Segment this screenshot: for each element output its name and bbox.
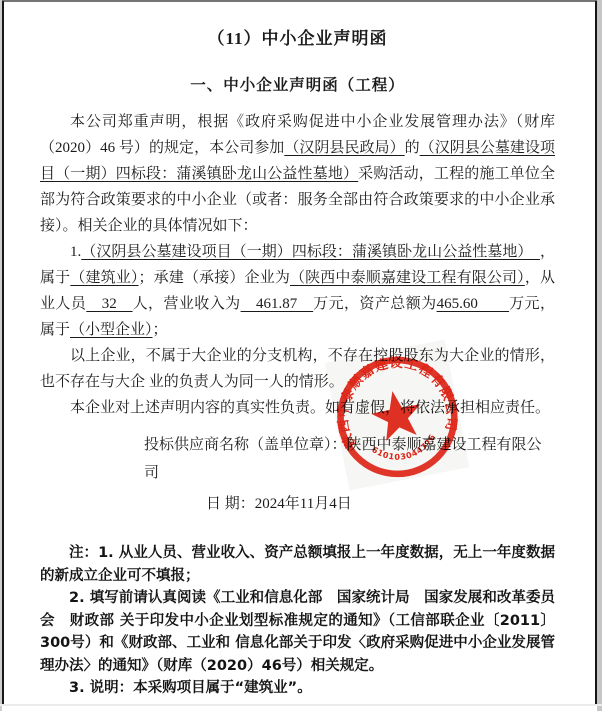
underlined-field: 465.60 <box>437 296 510 312</box>
text-run: 的 <box>405 140 420 156</box>
paragraph-responsibility: 本企业对上述声明内容的真实性负责。如有虚假，将依法承担相应责任。 <box>40 395 555 421</box>
underlined-field: （建筑业） <box>70 270 138 286</box>
underlined-field: （陕西中泰顺嘉建设工程有限公司） <box>290 270 525 286</box>
text-run: 人，营业收入为 <box>133 296 241 312</box>
supplier-label: 投标供应商名称（盖单位章）： <box>144 437 347 453</box>
text-run: ；承建（承接）企业为 <box>139 270 290 286</box>
underlined-field: （汉阴县民政局） <box>284 140 404 156</box>
seal-star-icon <box>368 386 426 442</box>
paragraph-item1: 1.（汉阴县公墓建设项目（一期）四标段：蒲溪镇卧龙山公益性墓地） ，属于（建筑业… <box>40 239 555 343</box>
underlined-field: 461.87 <box>241 296 314 312</box>
seal-graphic: 陕西中泰顺嘉建设工程有限公司 6101030447769 <box>325 340 470 491</box>
paragraph-branch: 以上企业，不属于大企业的分支机构，不存在控股股东为大企业的情形，也不存在与大企 … <box>40 343 555 395</box>
document-page: { "document": { "title": "（11）中小企业声明函", … <box>0 0 602 711</box>
text-run: 万元，资产总额为 <box>313 296 436 312</box>
text-run: 1. <box>70 244 81 260</box>
notes-block: 注：1. 从业人员、营业收入、资产总额填报上一年度数据，无上一年度数据的新成立企… <box>40 542 555 700</box>
paragraph-intro: 本公司郑重声明，根据《政府采购促进中小企业发展管理办法》（财库（2020）46 … <box>40 109 555 239</box>
underlined-field: 32 <box>86 296 132 312</box>
note-line: 注：1. 从业人员、营业收入、资产总额填报上一年度数据，无上一年度数据的新成立企… <box>40 542 555 587</box>
document-content: （11）中小企业声明函 一、中小企业声明函（工程） 本公司郑重声明，根据《政府采… <box>4 2 595 700</box>
document-title: （11）中小企业声明函 <box>40 24 555 49</box>
date-label: 日 期： <box>206 496 255 512</box>
page-frame-bottom <box>0 704 602 706</box>
page-frame-right-outer <box>597 0 602 711</box>
note-line: 3. 说明：本采购项目属于“建筑业”。 <box>40 677 555 700</box>
underlined-field: （小型企业） <box>70 322 153 338</box>
text-run: ； <box>153 322 168 338</box>
company-seal-stamp: 陕西中泰顺嘉建设工程有限公司 6101030447769 <box>325 340 470 491</box>
signature-date-line: 日 期：2024年11月4日 <box>206 490 555 518</box>
underlined-field: （汉阴县公墓建设项目（一期）四标段：蒲溪镇卧龙山公益性墓地） <box>81 244 540 260</box>
date-value: 2024年11月4日 <box>255 496 352 512</box>
section-heading: 一、中小企业声明函（工程） <box>40 73 555 95</box>
note-line: 2. 填写前请认真阅读《工业和信息化部 国家统计局 国家发展和改革委员会 财政部… <box>40 587 555 677</box>
